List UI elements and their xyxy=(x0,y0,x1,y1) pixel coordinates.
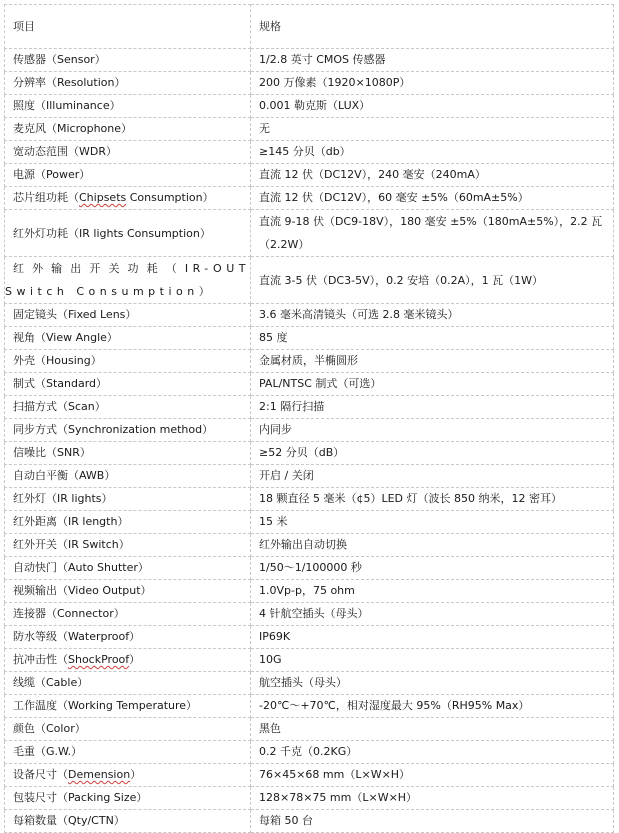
table-row: 外壳（Housing）金属材质，半椭圆形 xyxy=(5,350,614,373)
row-spec: 0.001 勒克斯（LUX） xyxy=(251,95,614,118)
row-item: 视频输出（Video Output） xyxy=(5,580,251,603)
row-spec: 10G xyxy=(251,649,614,672)
row-item: 红外灯（IR lights） xyxy=(5,488,251,511)
table-row: 红外输出开关功耗（IR-OUT Switch Consumption）直流 3-… xyxy=(5,257,614,304)
spec-table: 项目 规格 传感器（Sensor）1/2.8 英寸 CMOS 传感器 分辨率（R… xyxy=(4,4,614,833)
row-spec: 2:1 隔行扫描 xyxy=(251,396,614,419)
table-row: 芯片组功耗（Chipsets Consumption） 直流 12 伏（DC12… xyxy=(5,187,614,210)
row-spec: 每箱 50 台 xyxy=(251,810,614,833)
table-row: 自动白平衡（AWB）开启 / 关闭 xyxy=(5,465,614,488)
row-spec: 航空插头（母头） xyxy=(251,672,614,695)
table-row: 传感器（Sensor）1/2.8 英寸 CMOS 传感器 xyxy=(5,49,614,72)
spellcheck-marked-word: ShockProof xyxy=(68,653,129,666)
table-row: 红外开关（IR Switch）红外输出自动切换 xyxy=(5,534,614,557)
table-row: 颜色（Color）黑色 xyxy=(5,718,614,741)
table-row: 毛重（G.W.）0.2 千克（0.2KG） xyxy=(5,741,614,764)
row-spec: 直流 9-18 伏（DC9-18V），180 毫安 ±5%（180mA±5%），… xyxy=(251,210,614,257)
table-row: 同步方式（Synchronization method）内同步 xyxy=(5,419,614,442)
table-row: 抗冲击性（ShockProof） 10G xyxy=(5,649,614,672)
row-item: 固定镜头（Fixed Lens） xyxy=(5,304,251,327)
row-item: 红外输出开关功耗（IR-OUT Switch Consumption） xyxy=(5,257,251,304)
table-row: 设备尺寸（Demension） 76×45×68 mm（L×W×H） xyxy=(5,764,614,787)
row-item: 同步方式（Synchronization method） xyxy=(5,419,251,442)
item-text: ） xyxy=(129,653,140,666)
row-spec: 开启 / 关闭 xyxy=(251,465,614,488)
item-text: ） xyxy=(130,768,141,781)
row-item: 抗冲击性（ShockProof） xyxy=(5,649,251,672)
table-row: 照度（Illuminance）0.001 勒克斯（LUX） xyxy=(5,95,614,118)
row-spec: 200 万像素（1920×1080P） xyxy=(251,72,614,95)
row-spec: 4 针航空插头（母头） xyxy=(251,603,614,626)
row-spec: ≥52 分贝（dB） xyxy=(251,442,614,465)
row-item: 毛重（G.W.） xyxy=(5,741,251,764)
row-item: 自动白平衡（AWB） xyxy=(5,465,251,488)
spellcheck-marked-word: Chipsets xyxy=(79,191,126,204)
row-item: 制式（Standard） xyxy=(5,373,251,396)
row-spec: 内同步 xyxy=(251,419,614,442)
row-item: 视角（View Angle） xyxy=(5,327,251,350)
table-row: 红外灯（IR lights）18 颗直径 5 毫米（¢5）LED 灯（波长 85… xyxy=(5,488,614,511)
row-item: 自动快门（Auto Shutter） xyxy=(5,557,251,580)
table-row: 麦克风（Microphone）无 xyxy=(5,118,614,141)
row-item: 线缆（Cable） xyxy=(5,672,251,695)
table-row: 防水等级（Waterproof）IP69K xyxy=(5,626,614,649)
row-item: 传感器（Sensor） xyxy=(5,49,251,72)
row-item: 信噪比（SNR） xyxy=(5,442,251,465)
row-spec: 85 度 xyxy=(251,327,614,350)
row-item: 工作温度（Working Temperature） xyxy=(5,695,251,718)
row-item: 外壳（Housing） xyxy=(5,350,251,373)
row-item: 红外灯功耗（IR lights Consumption） xyxy=(5,210,251,257)
table-row: 红外灯功耗（IR lights Consumption）直流 9-18 伏（DC… xyxy=(5,210,614,257)
item-text: 芯片组功耗（ xyxy=(13,191,79,204)
row-spec: 直流 12 伏（DC12V），240 毫安（240mA） xyxy=(251,164,614,187)
table-header-row: 项目 规格 xyxy=(5,5,614,49)
row-spec: PAL/NTSC 制式（可选） xyxy=(251,373,614,396)
row-spec: 1.0Vp-p，75 ohm xyxy=(251,580,614,603)
row-item: 连接器（Connector） xyxy=(5,603,251,626)
row-item: 每箱数量（Qty/CTN） xyxy=(5,810,251,833)
row-spec: 红外输出自动切换 xyxy=(251,534,614,557)
row-item: 麦克风（Microphone） xyxy=(5,118,251,141)
spellcheck-marked-word: Demension xyxy=(68,768,130,781)
table-row: 扫描方式（Scan）2:1 隔行扫描 xyxy=(5,396,614,419)
item-text: 抗冲击性（ xyxy=(13,653,68,666)
row-spec: 3.6 毫米高清镜头（可选 2.8 毫米镜头） xyxy=(251,304,614,327)
table-row: 信噪比（SNR）≥52 分贝（dB） xyxy=(5,442,614,465)
table-row: 自动快门（Auto Shutter）1/50～1/100000 秒 xyxy=(5,557,614,580)
header-spec: 规格 xyxy=(251,5,614,49)
row-spec: 黑色 xyxy=(251,718,614,741)
table-row: 制式（Standard）PAL/NTSC 制式（可选） xyxy=(5,373,614,396)
row-spec: 0.2 千克（0.2KG） xyxy=(251,741,614,764)
table-row: 红外距离（IR length）15 米 xyxy=(5,511,614,534)
row-item: 设备尺寸（Demension） xyxy=(5,764,251,787)
item-text: Consumption） xyxy=(126,191,213,204)
row-spec: 直流 3-5 伏（DC3-5V），0.2 安培（0.2A），1 瓦（1W） xyxy=(251,257,614,304)
table-row: 电源（Power）直流 12 伏（DC12V），240 毫安（240mA） xyxy=(5,164,614,187)
row-spec: 15 米 xyxy=(251,511,614,534)
row-item: 照度（Illuminance） xyxy=(5,95,251,118)
row-item: 红外距离（IR length） xyxy=(5,511,251,534)
header-item: 项目 xyxy=(5,5,251,49)
table-row: 线缆（Cable）航空插头（母头） xyxy=(5,672,614,695)
row-item: 电源（Power） xyxy=(5,164,251,187)
row-spec: 金属材质，半椭圆形 xyxy=(251,350,614,373)
item-text: 设备尺寸（ xyxy=(13,768,68,781)
row-item: 分辨率（Resolution） xyxy=(5,72,251,95)
table-row: 包装尺寸（Packing Size）128×78×75 mm（L×W×H） xyxy=(5,787,614,810)
row-item: 扫描方式（Scan） xyxy=(5,396,251,419)
row-item: 芯片组功耗（Chipsets Consumption） xyxy=(5,187,251,210)
row-item: 宽动态范围（WDR） xyxy=(5,141,251,164)
row-spec: 18 颗直径 5 毫米（¢5）LED 灯（波长 850 纳米，12 密耳） xyxy=(251,488,614,511)
row-spec: 76×45×68 mm（L×W×H） xyxy=(251,764,614,787)
table-row: 宽动态范围（WDR）≥145 分贝（db） xyxy=(5,141,614,164)
row-spec: 直流 12 伏（DC12V），60 毫安 ±5%（60mA±5%） xyxy=(251,187,614,210)
table-row: 视角（View Angle）85 度 xyxy=(5,327,614,350)
row-spec: IP69K xyxy=(251,626,614,649)
row-item: 颜色（Color） xyxy=(5,718,251,741)
row-item: 防水等级（Waterproof） xyxy=(5,626,251,649)
row-spec: 无 xyxy=(251,118,614,141)
row-spec: ≥145 分贝（db） xyxy=(251,141,614,164)
row-item: 包装尺寸（Packing Size） xyxy=(5,787,251,810)
table-row: 工作温度（Working Temperature）-20℃～+70℃，相对湿度最… xyxy=(5,695,614,718)
row-spec: 1/50～1/100000 秒 xyxy=(251,557,614,580)
table-row: 连接器（Connector）4 针航空插头（母头） xyxy=(5,603,614,626)
table-row: 每箱数量（Qty/CTN）每箱 50 台 xyxy=(5,810,614,833)
table-row: 分辨率（Resolution）200 万像素（1920×1080P） xyxy=(5,72,614,95)
table-row: 固定镜头（Fixed Lens）3.6 毫米高清镜头（可选 2.8 毫米镜头） xyxy=(5,304,614,327)
table-row: 视频输出（Video Output）1.0Vp-p，75 ohm xyxy=(5,580,614,603)
row-spec: 1/2.8 英寸 CMOS 传感器 xyxy=(251,49,614,72)
row-spec: 128×78×75 mm（L×W×H） xyxy=(251,787,614,810)
row-item: 红外开关（IR Switch） xyxy=(5,534,251,557)
row-spec: -20℃～+70℃，相对湿度最大 95%（RH95% Max） xyxy=(251,695,614,718)
